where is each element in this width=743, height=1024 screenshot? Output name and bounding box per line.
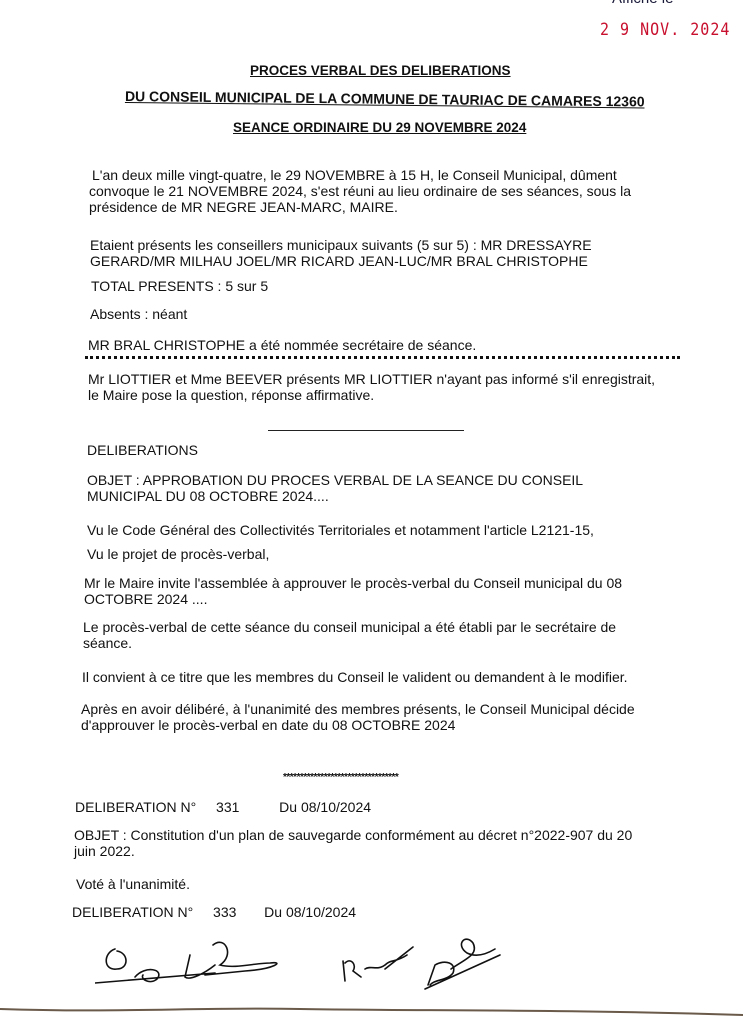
document-title: PROCES VERBAL DES DELIBERATIONS (250, 63, 511, 78)
secretary-line: MR BRAL CHRISTOPHE a été nommée secrétai… (88, 337, 476, 353)
maire-invite: Mr le Maire invite l'assemblée à approuv… (84, 575, 622, 607)
recording-note: Mr LIOTTIER et Mme BEEVER présents MR LI… (88, 371, 655, 403)
convient: Il convient à ce titre que les membres d… (82, 669, 628, 685)
present-line: GERARD/MR MILHAU JOEL/MR RICARD JEAN-LUC… (90, 253, 592, 269)
star-separator: ********************************** (283, 772, 398, 783)
objet-line: OBJET : Constitution d'un plan de sauveg… (74, 827, 632, 843)
objet-line: OBJET : APPROBATION DU PROCES VERBAL DE … (87, 472, 583, 488)
intro-paragraph: L'an deux mille vingt-quatre, le 29 NOVE… (92, 167, 631, 215)
page-edge (0, 1003, 743, 1023)
posted-label: Affiché le (612, 0, 673, 7)
objet-line: MUNICIPAL DU 08 OCTOBRE 2024.... (87, 488, 583, 504)
objet-331: OBJET : Constitution d'un plan de sauveg… (74, 827, 632, 859)
deliberation-date: Du 08/10/2024 (279, 799, 371, 815)
invite-line: OCTOBRE 2024 .... (84, 591, 622, 607)
intro-line: présidence de MR NEGRE JEAN-MARC, MAIRE. (89, 199, 631, 215)
etabli-line: séance. (83, 635, 616, 651)
objet-line: juin 2022. (74, 843, 632, 859)
absents: Absents : néant (90, 306, 187, 322)
apres-line: Après en avoir délibéré, à l'unanimité d… (81, 701, 635, 717)
document-subtitle: DU CONSEIL MUNICIPAL DE LA COMMUNE DE TA… (125, 88, 645, 109)
deliberation-date: Du 08/10/2024 (264, 904, 356, 920)
deliberations-heading: DELIBERATIONS (87, 442, 198, 458)
deliberation-label: DELIBERATION N° (72, 904, 193, 920)
apres-delibere: Après en avoir délibéré, à l'unanimité d… (81, 701, 635, 733)
deliberation-331: DELIBERATION N° 331 Du 08/10/2024 (75, 799, 371, 815)
objet-approbation: OBJET : APPROBATION DU PROCES VERBAL DE … (87, 472, 583, 504)
present-paragraph: Etaient présents les conseillers municip… (90, 237, 592, 269)
deliberation-number: 331 (216, 799, 239, 815)
vu-code: Vu le Code Général des Collectivités Ter… (87, 522, 594, 538)
present-line: Etaient présents les conseillers municip… (90, 237, 592, 253)
section-rule (268, 430, 464, 431)
intro-line: convoque le 21 NOVEMBRE 2024, s'est réun… (89, 183, 631, 199)
pv-etabli: Le procès-verbal de cette séance du cons… (83, 619, 616, 651)
session-title: SEANCE ORDINAIRE DU 29 NOVEMBRE 2024 (233, 120, 526, 135)
signature-initials (106, 949, 126, 969)
deliberation-label: DELIBERATION N° (75, 799, 196, 815)
etabli-line: Le procès-verbal de cette séance du cons… (83, 619, 616, 635)
apres-line: d'approuver le procès-verbal en date du … (81, 717, 635, 733)
vote-331: Voté à l'unanimité. (76, 876, 190, 892)
total-present: TOTAL PRESENTS : 5 sur 5 (91, 278, 268, 294)
signature-3 (425, 939, 500, 989)
deliberation-333: DELIBERATION N° 333 Du 08/10/2024 (72, 904, 356, 920)
signature-2 (343, 947, 413, 981)
invite-line: Mr le Maire invite l'assemblée à approuv… (84, 575, 622, 591)
dotted-divider (85, 356, 680, 359)
posted-date-stamp: 2 9 NOV. 2024 (600, 19, 730, 40)
intro-line: L'an deux mille vingt-quatre, le 29 NOVE… (92, 167, 631, 183)
deliberation-number: 333 (213, 904, 236, 920)
signatures (95, 925, 515, 1005)
vu-projet: Vu le projet de procès-verbal, (87, 546, 269, 562)
signature-1 (95, 942, 277, 983)
note-line: Mr LIOTTIER et Mme BEEVER présents MR LI… (88, 371, 655, 387)
note-line: le Maire pose la question, réponse affir… (88, 387, 655, 403)
